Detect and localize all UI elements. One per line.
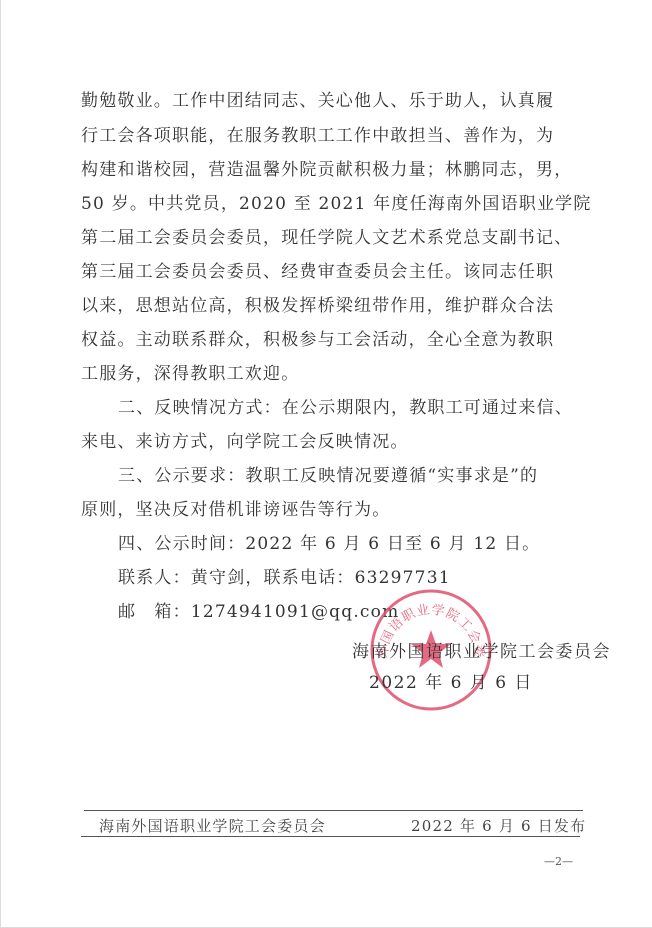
text-line: 三、公示要求：教职工反映情况要遵循“实事求是”的 xyxy=(118,463,538,489)
text-line: 第二届工会委员会委员，现任学院人文艺术系党总支副书记、 xyxy=(81,225,572,251)
text-line: 以来，思想站位高，积极发挥桥梁纽带作用，维护群众合法 xyxy=(81,293,554,319)
text-line: 来电、来访方式，向学院工会反映情况。 xyxy=(81,429,409,455)
signature-date: 2022 年 6 月 6 日 xyxy=(369,668,533,693)
text-line: 原则，坚决反对借机诽谤诬告等行为。 xyxy=(81,497,390,523)
text-line: 第三届工会委员会委员、经费审查委员会主任。该同志任职 xyxy=(81,259,554,285)
text-line: 二、反映情况方式：在公示期限内，教职工可通过来信、 xyxy=(118,395,573,421)
document-page: 勤勉敬业。工作中团结同志、关心他人、乐于助人，认真履 行工会各项职能，在服务教职… xyxy=(0,0,652,928)
text-line: 50 岁。中共党员，2020 至 2021 年度任海南外国语职业学院 xyxy=(81,191,592,217)
section-announcement-period: 四、公示时间：2022 年 6 月 6 日至 6 月 12 日。 xyxy=(118,531,540,557)
footer-bottom-rule xyxy=(81,836,580,837)
email-info: 邮 箱：1274941091@qq.com xyxy=(118,599,399,625)
text-line: 行工会各项职能，在服务教职工工作中敢担当、善作为，为 xyxy=(81,123,554,149)
signature-organization: 海南外国语职业学院工会委员会 xyxy=(352,637,611,662)
text-line: 权益。主动联系群众，积极参与工会活动，全心全意为教职 xyxy=(81,327,554,353)
text-line: 工服务，深得教职工欢迎。 xyxy=(81,361,299,387)
page-number: —2— xyxy=(544,855,573,868)
footer-top-rule xyxy=(84,810,583,811)
text-line: 构建和谐校园，营造温馨外院贡献积极力量；林鹏同志，男， xyxy=(81,157,572,183)
text-line: 勤勉敬业。工作中团结同志、关心他人、乐于助人，认真履 xyxy=(81,88,554,114)
footer-publish-date: 2022 年 6 月 6 日发布 xyxy=(411,815,586,836)
footer-issuer: 海南外国语职业学院工会委员会 xyxy=(99,815,326,836)
